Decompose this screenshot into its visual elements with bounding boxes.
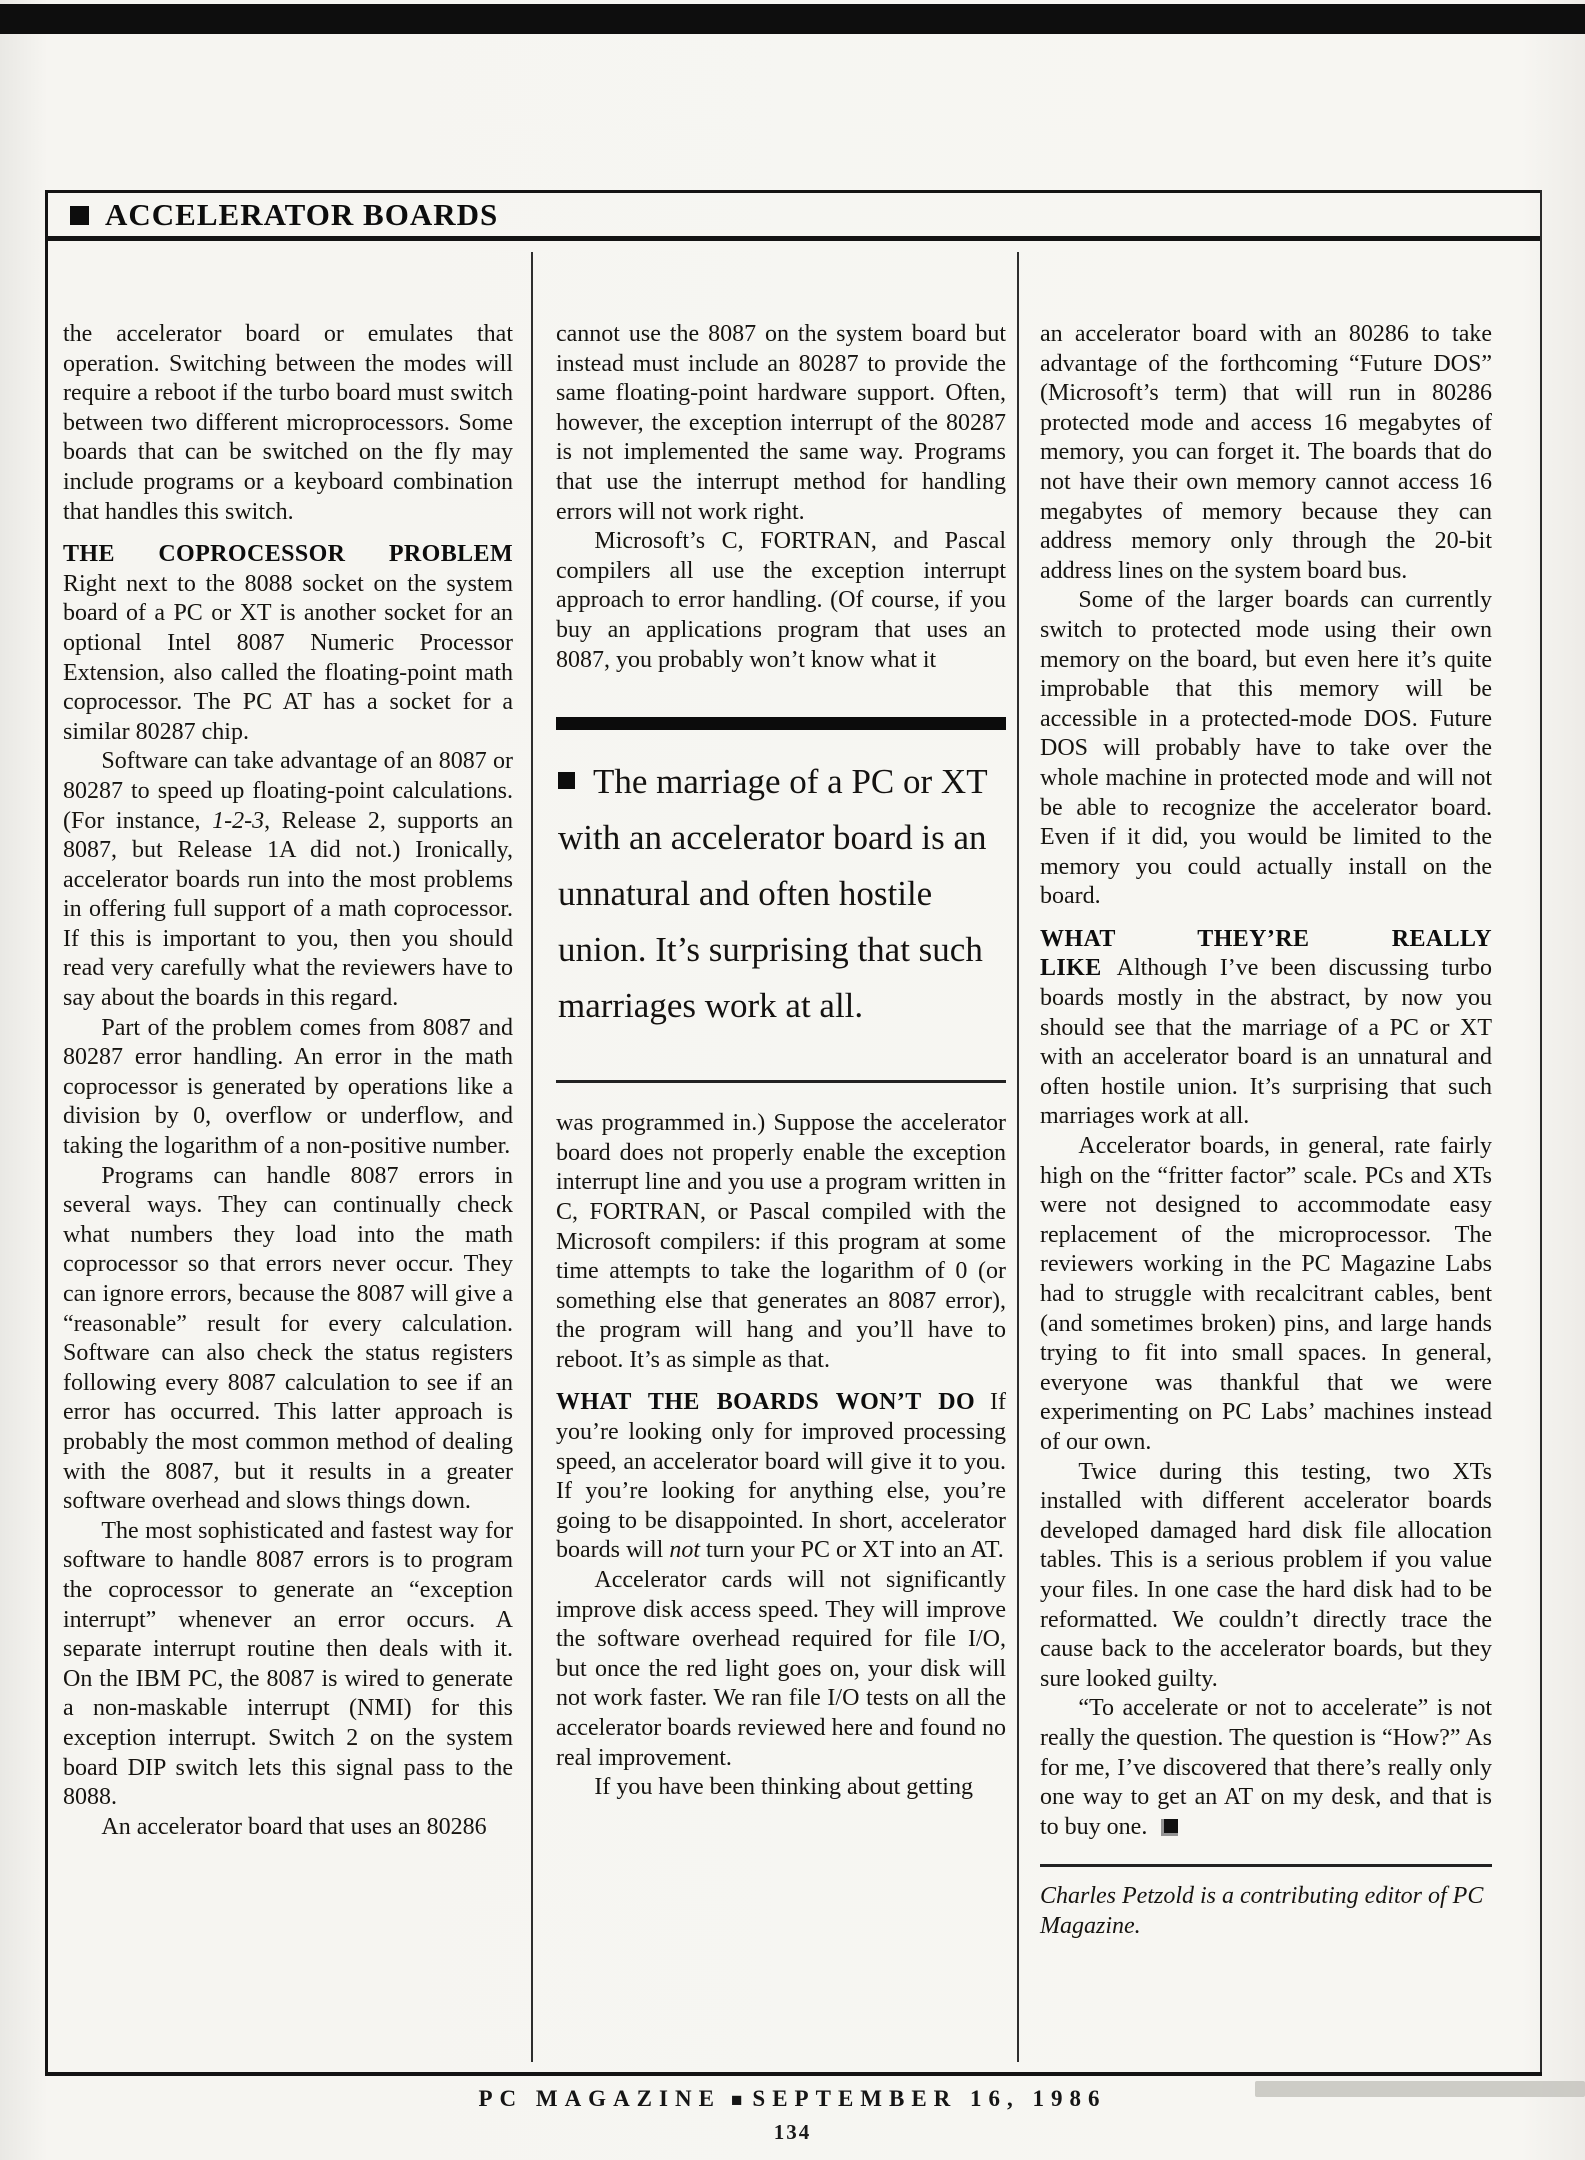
title-bullet-square-icon — [70, 206, 89, 225]
page-number: 134 — [0, 2120, 1585, 2145]
paragraph: an accelerator board with an 80286 to ta… — [1040, 320, 1492, 586]
paragraph-text: , Release 2, supports an 8087, but Relea… — [63, 808, 513, 1012]
paragraph: Some of the larger boards can currently … — [1040, 586, 1492, 912]
paragraph: The most sophisticated and fastest way f… — [63, 1517, 513, 1813]
paragraph-text: Although I’ve been discussing turbo boar… — [1040, 955, 1492, 1129]
paragraph: was programmed in.) Suppose the accelera… — [556, 1109, 1006, 1375]
column-divider-1 — [531, 252, 533, 2062]
column-divider-2 — [1017, 252, 1019, 2062]
article-bottom-rule — [45, 2072, 1542, 2076]
paragraph: WHAT THEY’RE REALLY LIKEAlthough I’ve be… — [1040, 925, 1492, 1132]
section-heading-boards-wont-do: WHAT THE BOARDS WON’T DO — [556, 1389, 975, 1415]
paragraph: WHAT THE BOARDS WON’T DOIf you’re lookin… — [556, 1388, 1006, 1566]
paragraph-text: “To accelerate or not to accelerate” is … — [1040, 1695, 1492, 1839]
footer-magazine-name: PC MAGAZINE — [478, 2086, 720, 2111]
column-1: the accelerator board or emulates that o… — [63, 320, 513, 1842]
paragraph: If you have been thinking about getting — [556, 1773, 1006, 1803]
article-title: ACCELERATOR BOARDS — [70, 194, 498, 236]
section-heading-coprocessor-problem: THE COPROCESSOR PROBLEM — [63, 540, 513, 570]
paragraph: Software can take advantage of an 8087 o… — [63, 747, 513, 1013]
pull-quote: The marriage of a PC or XT with an accel… — [556, 730, 1006, 1034]
article-end-mark-icon — [1161, 1819, 1178, 1836]
pull-quote-bullet-square-icon — [558, 772, 575, 789]
paragraph: Accelerator cards will not significantly… — [556, 1566, 1006, 1773]
paragraph: “To accelerate or not to accelerate” is … — [1040, 1694, 1492, 1842]
article-right-border — [1540, 190, 1542, 2076]
title-rule-top — [45, 190, 1542, 193]
paragraph: Programs can handle 8087 errors in sever… — [63, 1162, 513, 1517]
footer-bullet-square-icon: ■ — [721, 2090, 752, 2111]
paragraph: Twice during this testing, two XTs insta… — [1040, 1458, 1492, 1695]
pull-quote-text: The marriage of a PC or XT with an accel… — [558, 762, 987, 1025]
magazine-page: ACCELERATOR BOARDS the accelerator board… — [0, 0, 1585, 2160]
article-left-border — [45, 190, 48, 2076]
footer-issue-date: SEPTEMBER 16, 1986 — [752, 2086, 1106, 2111]
paragraph: Accelerator boards, in general, rate fai… — [1040, 1132, 1492, 1458]
author-byline: Charles Petzold is a contributing editor… — [1040, 1881, 1492, 1941]
paragraph: Part of the problem comes from 8087 and … — [63, 1014, 513, 1162]
paragraph-text: turn your PC or XT into an AT. — [700, 1537, 1004, 1563]
column-2: cannot use the 8087 on the system board … — [556, 320, 1006, 1803]
italic-text: not — [669, 1537, 700, 1563]
top-scan-bar — [0, 4, 1585, 34]
paragraph: An accelerator board that uses an 80286 — [63, 1813, 513, 1843]
paragraph: cannot use the 8087 on the system board … — [556, 320, 1006, 527]
article-title-text: ACCELERATOR BOARDS — [105, 197, 498, 233]
paragraph: the accelerator board or emulates that o… — [63, 320, 513, 527]
paragraph: Right next to the 8088 socket on the sys… — [63, 570, 513, 748]
column-3: an accelerator board with an 80286 to ta… — [1040, 320, 1492, 1941]
byline-rule — [1040, 1864, 1492, 1867]
pull-quote-rule-bottom — [556, 1080, 1006, 1083]
scan-artifact — [1255, 2081, 1585, 2097]
paragraph: Microsoft’s C, FORTRAN, and Pascal compi… — [556, 527, 1006, 675]
pull-quote-rule-top — [556, 717, 1006, 730]
title-rule-bottom — [45, 236, 1542, 241]
italic-text: 1-2-3 — [212, 808, 264, 834]
